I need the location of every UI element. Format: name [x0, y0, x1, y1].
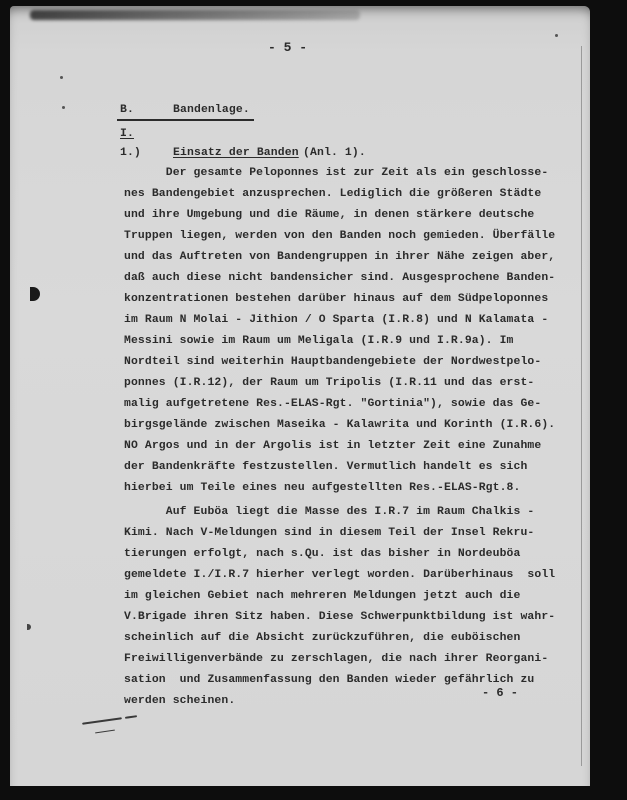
text-line: tierungen erfolgt, nach s.Qu. ist das bi… [124, 548, 520, 560]
text-line: gemeldete I./I.R.7 hierher verlegt worde… [124, 569, 555, 581]
paper-sheet [10, 6, 590, 786]
text-line: scheinlich auf die Absicht zurückzuführe… [124, 632, 520, 644]
text-line: nes Bandengebiet anzusprechen. Lediglich… [124, 188, 541, 200]
page-number-top: - 5 - [268, 40, 307, 55]
text-line: konzentrationen bestehen darüber hinaus … [124, 293, 548, 305]
text-line: malig aufgetretene Res.-ELAS-Rgt. "Gorti… [124, 398, 541, 410]
section-underline [117, 119, 254, 121]
text-line: im gleichen Gebiet nach mehreren Meldung… [124, 590, 520, 602]
item-number: 1.) [120, 147, 141, 159]
item-reference: (Anl. 1). [303, 147, 366, 159]
item-title: Einsatz der Banden [173, 147, 299, 159]
text-line: V.Brigade ihren Sitz haben. Diese Schwer… [124, 611, 555, 623]
text-line: im Raum N Molai - Jithion / O Sparta (I.… [124, 314, 548, 326]
text-line: Der gesamte Peloponnes ist zur Zeit als … [124, 167, 548, 179]
text-line: birgsgelände zwischen Maseika - Kalawrit… [124, 419, 555, 431]
text-line: Freiwilligenverbände zu zerschlagen, die… [124, 653, 548, 665]
section-letter: B. [120, 104, 134, 116]
subsection-roman: I. [120, 128, 134, 140]
page-number-next: - 6 - [482, 686, 518, 700]
text-line: Auf Euböa liegt die Masse des I.R.7 im R… [124, 506, 534, 518]
paper-speck [60, 76, 63, 79]
paper-fold-shadow [30, 10, 360, 20]
text-line: Kimi. Nach V-Meldungen sind in diesem Te… [124, 527, 534, 539]
text-line: Nordteil sind weiterhin Hauptbandengebie… [124, 356, 541, 368]
text-line: der Bandenkräfte festzustellen. Vermutli… [124, 461, 527, 473]
section-title: Bandenlage. [173, 104, 250, 116]
text-line: sation und Zusammenfassung den Banden wi… [124, 674, 534, 686]
text-line: daß auch diese nicht bandensicher sind. … [124, 272, 555, 284]
text-line: und ihre Umgebung und die Räume, in dene… [124, 209, 534, 221]
text-line: und das Auftreten von Bandengruppen in i… [124, 251, 555, 263]
text-line: ponnes (I.R.12), der Raum um Tripolis (I… [124, 377, 534, 389]
text-line: NO Argos und in der Argolis ist in letzt… [124, 440, 541, 452]
text-line: hierbei um Teile eines neu aufgestellten… [124, 482, 520, 494]
paper-speck [555, 34, 558, 37]
text-line: werden scheinen. [124, 695, 235, 707]
text-line: Messini sowie im Raum um Meligala (I.R.9… [124, 335, 514, 347]
paper-speck [62, 106, 65, 109]
scanned-document: - 5 - B. Bandenlage. I. 1.) Einsatz der … [0, 0, 627, 800]
text-line: Truppen liegen, werden von den Banden no… [124, 230, 555, 242]
